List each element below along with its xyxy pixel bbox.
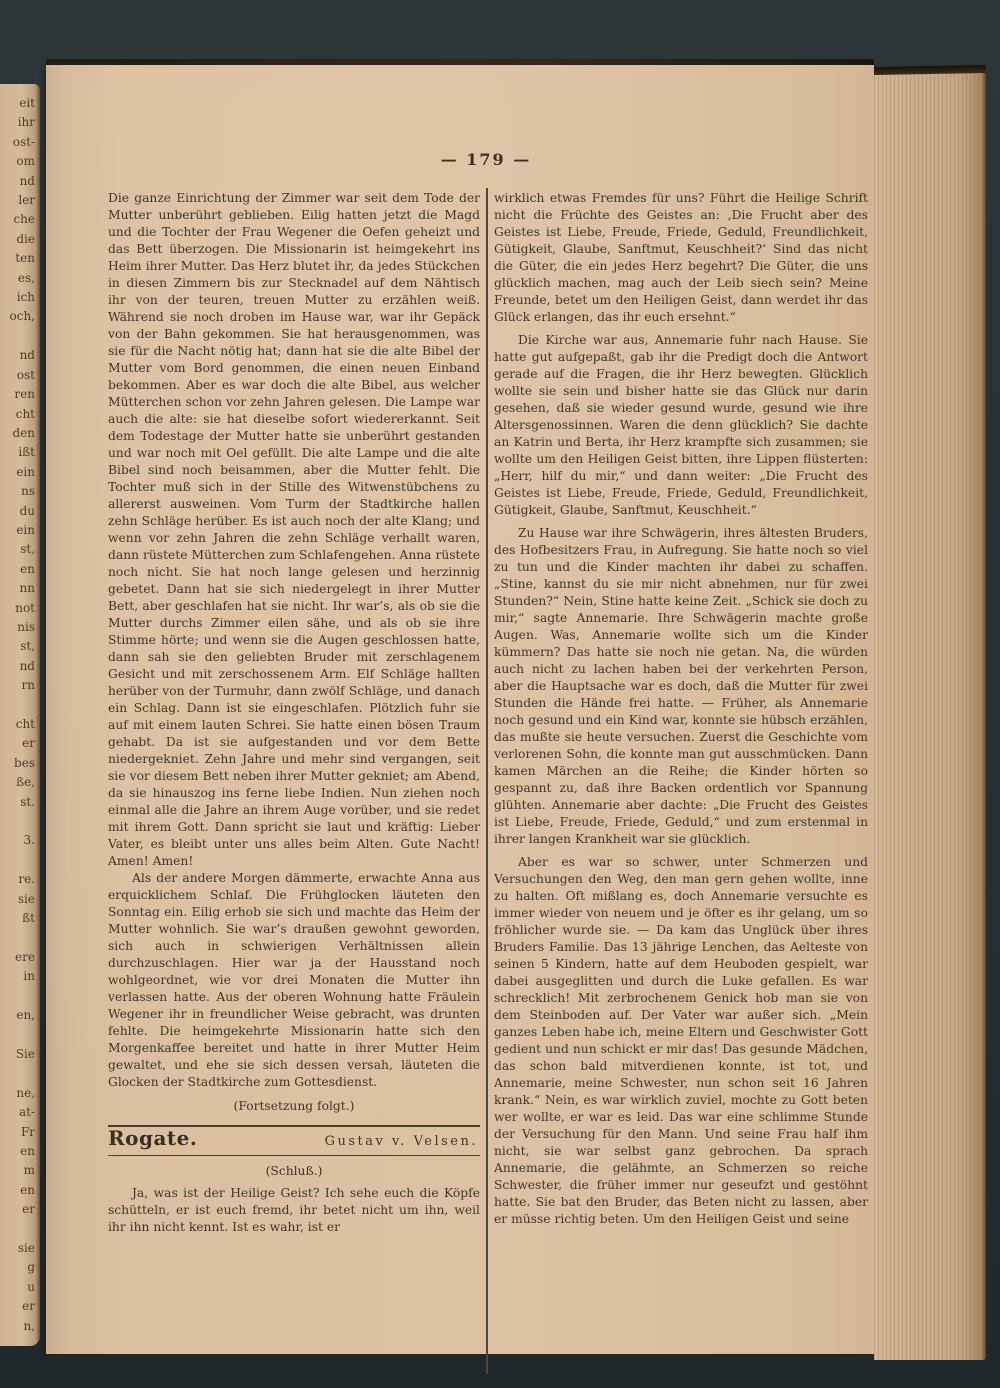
article-subtitle: (Schluß.)	[108, 1163, 480, 1180]
article-title: Rogate.	[108, 1130, 197, 1147]
story-paragraph: wirklich etwas Fremdes für uns? Führt di…	[494, 190, 868, 326]
column-divider	[486, 188, 488, 1374]
article-header: Rogate. Gustav v. Velsen.	[108, 1127, 480, 1155]
article-paragraph: Ja, was ist der Heilige Geist? Ich sehe …	[108, 1185, 480, 1236]
story-paragraph: Die Kirche war aus, Annemarie fuhr nach …	[494, 332, 868, 519]
story-paragraph: Aber es war so schwer, unter Schmerzen u…	[494, 854, 868, 1228]
continuation-note: (Fortsetzung folgt.)	[108, 1098, 480, 1115]
left-column: Die ganze Einrichtung der Zimmer war sei…	[108, 190, 480, 1380]
story-paragraph: Als der andere Morgen dämmerte, erwachte…	[108, 870, 480, 1091]
facing-page-edge: eit ihr ost- om nd ler che die ten es, i…	[0, 84, 40, 1346]
story-paragraph: Die ganze Einrichtung der Zimmer war sei…	[108, 190, 480, 870]
book-fore-edge	[874, 72, 986, 1360]
right-column: wirklich etwas Fremdes für uns? Führt di…	[494, 190, 868, 1380]
story-paragraph: Zu Hause war ihre Schwägerin, ihres älte…	[494, 525, 868, 848]
margin-text-fragments: eit ihr ost- om nd ler che die ten es, i…	[1, 94, 35, 1336]
page-number: — 179 —	[106, 150, 866, 169]
book-page: — 179 — Die ganze Einrichtung der Zimmer…	[46, 64, 874, 1354]
article-author: Gustav v. Velsen.	[325, 1133, 478, 1150]
section-rule-bottom	[108, 1155, 480, 1156]
